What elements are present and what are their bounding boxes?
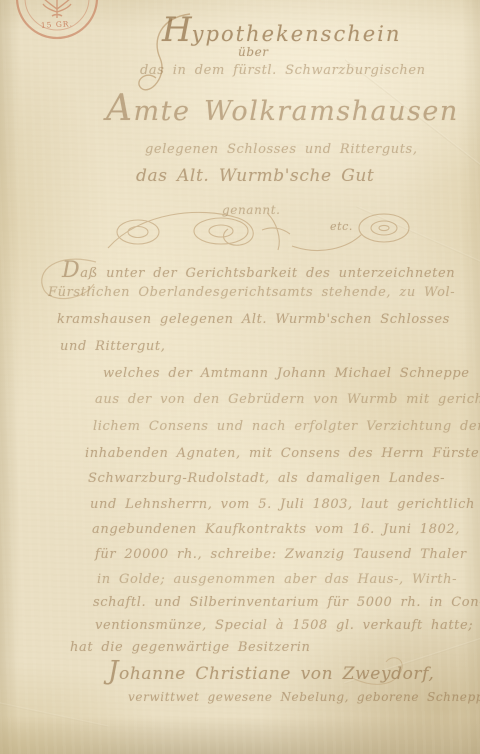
manuscript-line: aus der von den Gebrüdern von Wurmb mit … (95, 392, 480, 407)
revenue-stamp: 15 GR. (0, 0, 120, 52)
manuscript-line: für 20000 rh., schreibe: Zwanzig Tausend… (95, 547, 467, 562)
manuscript-line: lichem Consens und nach erfolgter Verzic… (93, 419, 480, 434)
flourish-band-ornament (108, 212, 409, 250)
document-title: Hypothekenschein (162, 10, 401, 50)
gelegen-line: gelegenen Schlosses und Ritterguts, (145, 142, 418, 157)
manuscript-line: inhabenden Agnaten, mit Consens des Herr… (85, 446, 480, 461)
manuscript-line: angebundenen Kaufkontrakts vom 16. Juni … (92, 522, 460, 537)
manuscript-line: welches der Amtmann Johann Michael Schne… (103, 366, 470, 381)
stamp-denomination: 15 GR. (41, 19, 73, 30)
manuscript-line: hat die gegenwärtige Besitzerin (70, 640, 311, 655)
manuscript-line: Daß unter der Gerichtsbarkeit des unterz… (62, 258, 455, 283)
manuscript-line: Fürstlichen Oberlandesgerichtsamts stehe… (48, 285, 455, 300)
manuscript-line: und Lehnsherrn, vom 5. Juli 1803, laut g… (90, 497, 475, 512)
manuscript-line: Schwarzburg-Rudolstadt, als damaligen La… (88, 471, 445, 486)
amt-line: Amte Wolkramshausen (106, 88, 459, 129)
widow-name-line: verwittwet gewesene Nebelung, geborene S… (128, 690, 480, 704)
genannt-line: genannt. (222, 203, 281, 217)
stamp-emblem-icon (41, 0, 73, 18)
paper-crease (0, 699, 109, 728)
territory-line: das in dem fürstl. Schwarzburgischen (140, 63, 426, 78)
owner-name-line: Johanne Christiane von Zweydorf, (108, 656, 434, 686)
document-page: 15 GR. (0, 0, 480, 754)
manuscript-line: schaftl. und Silberinventarium für 5000 … (93, 595, 480, 610)
title-ueber: über (238, 45, 269, 59)
manuscript-line: kramshausen gelegenen Alt. Wurmb'schen S… (57, 312, 450, 327)
manuscript-line: ventionsmünze, Special à 1508 gl. verkau… (95, 618, 473, 633)
gut-line: das Alt. Wurmb'sche Gut (136, 166, 374, 186)
manuscript-line: und Rittergut, (60, 339, 165, 354)
etc-mark: etc. (330, 220, 353, 233)
manuscript-line: in Golde; ausgenommen aber das Haus-, Wi… (97, 572, 457, 587)
